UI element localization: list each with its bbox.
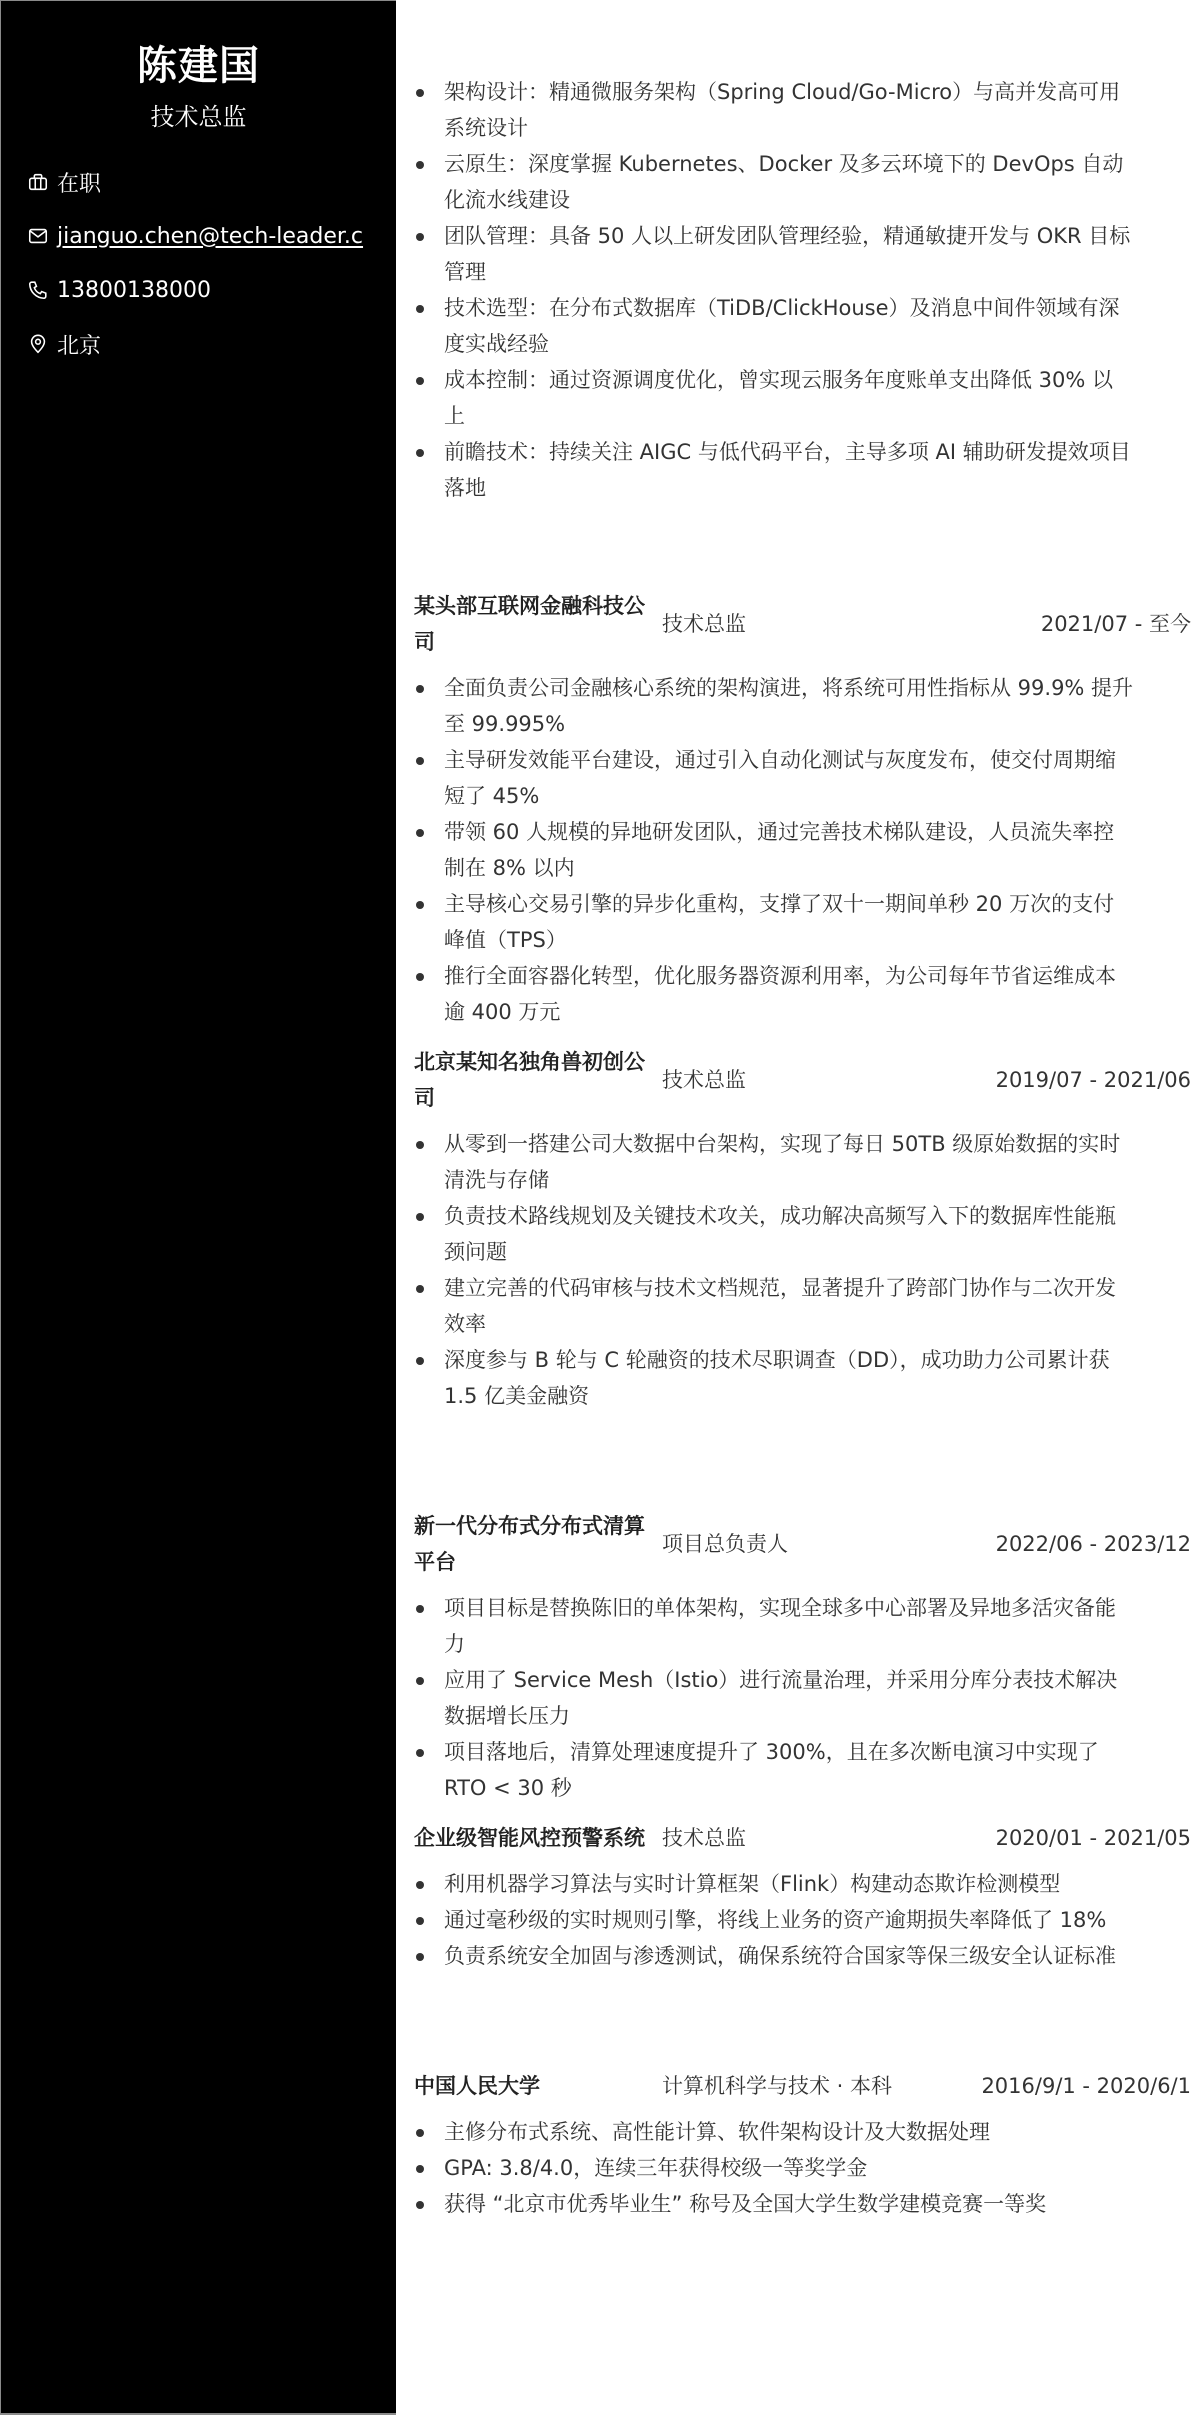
degree-major: 计算机科学与技术 · 本科 xyxy=(662,2068,914,2104)
company-name: 北京某知名独角兽初创公司 xyxy=(414,1044,662,1116)
education-detail-list: 主修分布式系统、高性能计算、软件架构设计及大数据处理 GPA: 3.8/4.0，… xyxy=(414,2114,1134,2222)
achievement-item: 建立完善的代码审核与技术文档规范，显著提升了跨部门协作与二次开发效率 xyxy=(414,1270,1134,1342)
project-detail-item: 通过毫秒级的实时规则引擎，将线上业务的资产逾期损失率降低了 18% xyxy=(414,1902,1134,1938)
section-spacer xyxy=(414,1988,1191,2068)
entry-header: 新一代分布式分布式清算平台 项目总负责人 2022/06 - 2023/12 xyxy=(414,1508,1191,1580)
project-detail-list: 利用机器学习算法与实时计算框架（Flink）构建动态欺诈检测模型 通过毫秒级的实… xyxy=(414,1866,1134,1974)
project-detail-item: 项目目标是替换陈旧的单体架构，实现全球多中心部署及异地多活灾备能力 xyxy=(414,1590,1134,1662)
company-name: 某头部互联网金融科技公司 xyxy=(414,588,662,660)
achievement-item: 全面负责公司金融核心系统的架构演进，将系统可用性指标从 99.9% 提升至 99… xyxy=(414,670,1134,742)
achievement-item: 主导研发效能平台建设，通过引入自动化测试与灰度发布，使交付周期缩短了 45% xyxy=(414,742,1134,814)
briefcase-icon xyxy=(27,171,49,193)
section-spacer xyxy=(414,1428,1191,1508)
project-detail-list: 项目目标是替换陈旧的单体架构，实现全球多中心部署及异地多活灾备能力 应用了 Se… xyxy=(414,1590,1134,1806)
entry-header: 中国人民大学 计算机科学与技术 · 本科 2016/9/1 - 2020/6/1 xyxy=(414,2068,1191,2104)
skills-section: 架构设计：精通微服务架构（Spring Cloud/Go-Micro）与高并发高… xyxy=(414,74,1134,506)
date-range: 2021/07 - 至今 xyxy=(912,606,1191,642)
candidate-title: 技术总监 xyxy=(1,99,396,135)
section-spacer xyxy=(414,506,1191,588)
education-section: 中国人民大学 计算机科学与技术 · 本科 2016/9/1 - 2020/6/1… xyxy=(414,2068,1191,2222)
skill-item: 成本控制：通过资源调度优化，曾实现云服务年度账单支出降低 30% 以上 xyxy=(414,362,1134,434)
project-name: 企业级智能风控预警系统 xyxy=(414,1820,662,1856)
date-range: 2020/01 - 2021/05 xyxy=(912,1820,1191,1856)
work-entry: 北京某知名独角兽初创公司 技术总监 2019/07 - 2021/06 从零到一… xyxy=(414,1044,1191,1414)
projects-section: 新一代分布式分布式清算平台 项目总负责人 2022/06 - 2023/12 项… xyxy=(414,1508,1191,1974)
contact-email: jianguo.chen@tech-leader.c xyxy=(27,209,395,263)
project-entry: 企业级智能风控预警系统 技术总监 2020/01 - 2021/05 利用机器学… xyxy=(414,1820,1191,1974)
skill-item: 架构设计：精通微服务架构（Spring Cloud/Go-Micro）与高并发高… xyxy=(414,74,1134,146)
education-entry: 中国人民大学 计算机科学与技术 · 本科 2016/9/1 - 2020/6/1… xyxy=(414,2068,1191,2222)
location-pin-icon xyxy=(27,333,49,355)
work-experience-section: 某头部互联网金融科技公司 技术总监 2021/07 - 至今 全面负责公司金融核… xyxy=(414,588,1191,1414)
email-link[interactable]: jianguo.chen@tech-leader.c xyxy=(57,224,363,249)
achievement-item: 主导核心交易引擎的异步化重构，支撑了双十一期间单秒 20 万次的支付峰值（TPS… xyxy=(414,886,1134,958)
contact-location: 北京 xyxy=(27,317,395,371)
entry-header: 某头部互联网金融科技公司 技术总监 2021/07 - 至今 xyxy=(414,588,1191,660)
profile-sidebar: 陈建国 技术总监 在职 jianguo.chen@tech-leader.c 1… xyxy=(0,0,396,2415)
job-role: 技术总监 xyxy=(662,606,912,642)
contact-status: 在职 xyxy=(27,155,395,209)
entry-header: 北京某知名独角兽初创公司 技术总监 2019/07 - 2021/06 xyxy=(414,1044,1191,1116)
skill-item: 技术选型：在分布式数据库（TiDB/ClickHouse）及消息中间件领域有深度… xyxy=(414,290,1134,362)
project-detail-item: 利用机器学习算法与实时计算框架（Flink）构建动态欺诈检测模型 xyxy=(414,1866,1134,1902)
skill-item: 团队管理：具备 50 人以上研发团队管理经验，精通敏捷开发与 OKR 目标管理 xyxy=(414,218,1134,290)
education-detail-item: 获得 “北京市优秀毕业生” 称号及全国大学生数学建模竞赛一等奖 xyxy=(414,2186,1134,2222)
education-detail-item: GPA: 3.8/4.0，连续三年获得校级一等奖学金 xyxy=(414,2150,1134,2186)
date-range: 2019/07 - 2021/06 xyxy=(912,1062,1191,1098)
project-role: 项目总负责人 xyxy=(662,1526,912,1562)
school-name: 中国人民大学 xyxy=(414,2068,662,2104)
project-entry: 新一代分布式分布式清算平台 项目总负责人 2022/06 - 2023/12 项… xyxy=(414,1508,1191,1806)
employment-status: 在职 xyxy=(57,167,101,198)
achievement-item: 深度参与 B 轮与 C 轮融资的技术尽职调查（DD），成功助力公司累计获 1.5… xyxy=(414,1342,1134,1414)
contact-phone: 13800138000 xyxy=(27,263,395,317)
project-detail-item: 应用了 Service Mesh（Istio）进行流量治理，并采用分库分表技术解… xyxy=(414,1662,1134,1734)
job-role: 技术总监 xyxy=(662,1062,912,1098)
contact-list: 在职 jianguo.chen@tech-leader.c 1380013800… xyxy=(1,155,396,371)
achievement-item: 从零到一搭建公司大数据中台架构，实现了每日 50TB 级原始数据的实时清洗与存储 xyxy=(414,1126,1134,1198)
achievement-list: 从零到一搭建公司大数据中台架构，实现了每日 50TB 级原始数据的实时清洗与存储… xyxy=(414,1126,1134,1414)
location-text: 北京 xyxy=(57,329,101,360)
date-range: 2016/9/1 - 2020/6/1 xyxy=(914,2068,1191,2104)
project-detail-item: 负责系统安全加固与渗透测试，确保系统符合国家等保三级安全认证标准 xyxy=(414,1938,1134,1974)
work-entry: 某头部互联网金融科技公司 技术总监 2021/07 - 至今 全面负责公司金融核… xyxy=(414,588,1191,1030)
phone-icon xyxy=(27,279,49,301)
skill-item: 云原生：深度掌握 Kubernetes、Docker 及多云环境下的 DevOp… xyxy=(414,146,1134,218)
project-role: 技术总监 xyxy=(662,1820,912,1856)
achievement-item: 负责技术路线规划及关键技术攻关，成功解决高频写入下的数据库性能瓶颈问题 xyxy=(414,1198,1134,1270)
skills-list: 架构设计：精通微服务架构（Spring Cloud/Go-Micro）与高并发高… xyxy=(414,74,1134,506)
resume-main: 架构设计：精通微服务架构（Spring Cloud/Go-Micro）与高并发高… xyxy=(396,0,1191,2415)
entry-header: 企业级智能风控预警系统 技术总监 2020/01 - 2021/05 xyxy=(414,1820,1191,1856)
education-detail-item: 主修分布式系统、高性能计算、软件架构设计及大数据处理 xyxy=(414,2114,1134,2150)
candidate-name: 陈建国 xyxy=(1,39,396,93)
achievement-item: 带领 60 人规模的异地研发团队，通过完善技术梯队建设，人员流失率控制在 8% … xyxy=(414,814,1134,886)
achievement-item: 推行全面容器化转型，优化服务器资源利用率，为公司每年节省运维成本逾 400 万元 xyxy=(414,958,1134,1030)
date-range: 2022/06 - 2023/12 xyxy=(912,1526,1191,1562)
mail-icon xyxy=(27,225,49,247)
project-detail-item: 项目落地后，清算处理速度提升了 300%，且在多次断电演习中实现了 RTO < … xyxy=(414,1734,1134,1806)
achievement-list: 全面负责公司金融核心系统的架构演进，将系统可用性指标从 99.9% 提升至 99… xyxy=(414,670,1134,1030)
project-name: 新一代分布式分布式清算平台 xyxy=(414,1508,662,1580)
skill-item: 前瞻技术：持续关注 AIGC 与低代码平台，主导多项 AI 辅助研发提效项目落地 xyxy=(414,434,1134,506)
resume-page: 陈建国 技术总监 在职 jianguo.chen@tech-leader.c 1… xyxy=(0,0,1191,2415)
phone-number: 13800138000 xyxy=(57,278,211,303)
